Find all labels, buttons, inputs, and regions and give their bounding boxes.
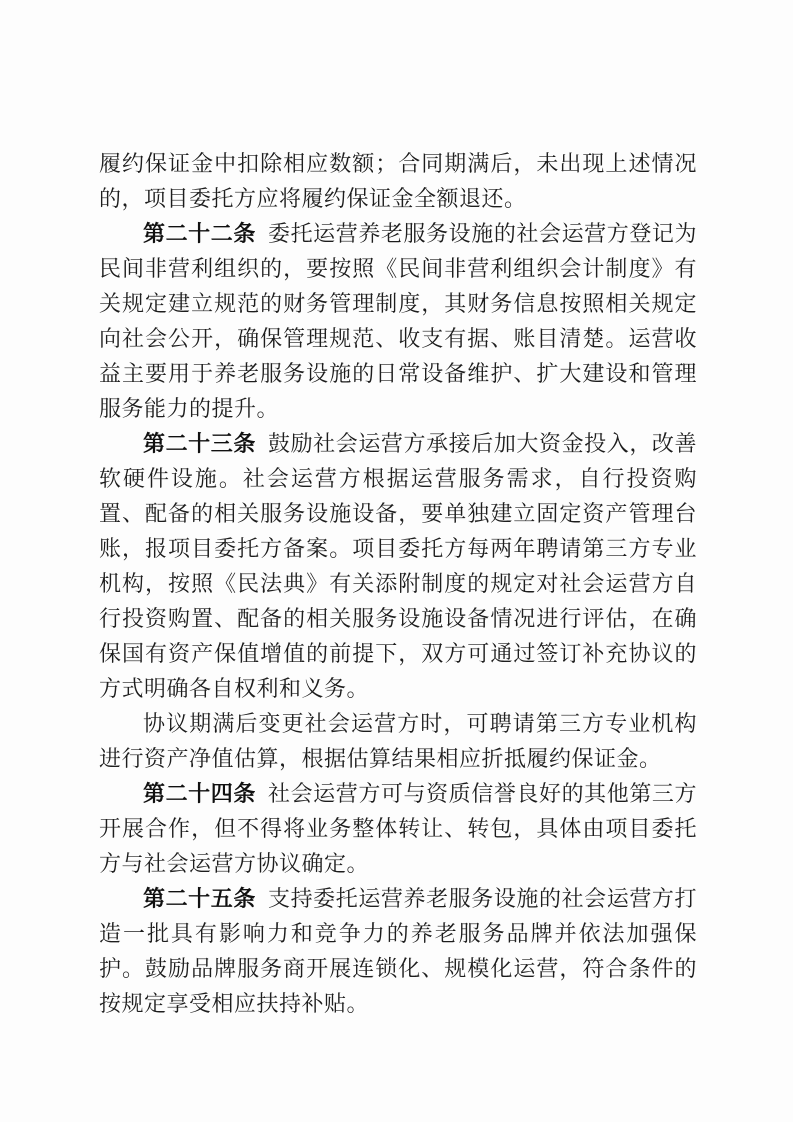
paragraph-agreement-expiry: 协议期满后变更社会运营方时，可聘请第三方专业机构进行资产净值估算，根据估算结果相… bbox=[99, 706, 697, 776]
paragraph-article-23: 第二十三条鼓励社会运营方承接后加大资金投入，改善软硬件设施。社会运营方根据运营服… bbox=[99, 426, 697, 706]
article-number-23: 第二十三条 bbox=[143, 431, 256, 456]
paragraph-text: 协议期满后变更社会运营方时，可聘请第三方专业机构进行资产净值估算，根据估算结果相… bbox=[99, 711, 697, 771]
paragraph-article-24: 第二十四条社会运营方可与资质信誉良好的其他第三方开展合作，但不得将业务整体转让、… bbox=[99, 776, 697, 881]
paragraph-continuation: 履约保证金中扣除相应数额；合同期满后，未出现上述情况的，项目委托方应将履约保证金… bbox=[99, 146, 697, 216]
article-number-25: 第二十五条 bbox=[143, 886, 256, 911]
paragraph-article-25: 第二十五条支持委托运营养老服务设施的社会运营方打造一批具有影响力和竞争力的养老服… bbox=[99, 881, 697, 1021]
article-number-22: 第二十二条 bbox=[143, 221, 256, 246]
paragraph-text: 委托运营养老服务设施的社会运营方登记为民间非营利组织的，要按照《民间非营利组织会… bbox=[99, 221, 697, 421]
paragraph-text: 鼓励社会运营方承接后加大资金投入，改善软硬件设施。社会运营方根据运营服务需求，自… bbox=[99, 431, 697, 701]
paragraph-text: 履约保证金中扣除相应数额；合同期满后，未出现上述情况的，项目委托方应将履约保证金… bbox=[99, 151, 697, 211]
article-number-24: 第二十四条 bbox=[143, 781, 256, 806]
paragraph-article-22: 第二十二条委托运营养老服务设施的社会运营方登记为民间非营利组织的，要按照《民间非… bbox=[99, 216, 697, 426]
document-body: 履约保证金中扣除相应数额；合同期满后，未出现上述情况的，项目委托方应将履约保证金… bbox=[99, 146, 697, 1021]
document-page: 履约保证金中扣除相应数额；合同期满后，未出现上述情况的，项目委托方应将履约保证金… bbox=[0, 0, 793, 1122]
